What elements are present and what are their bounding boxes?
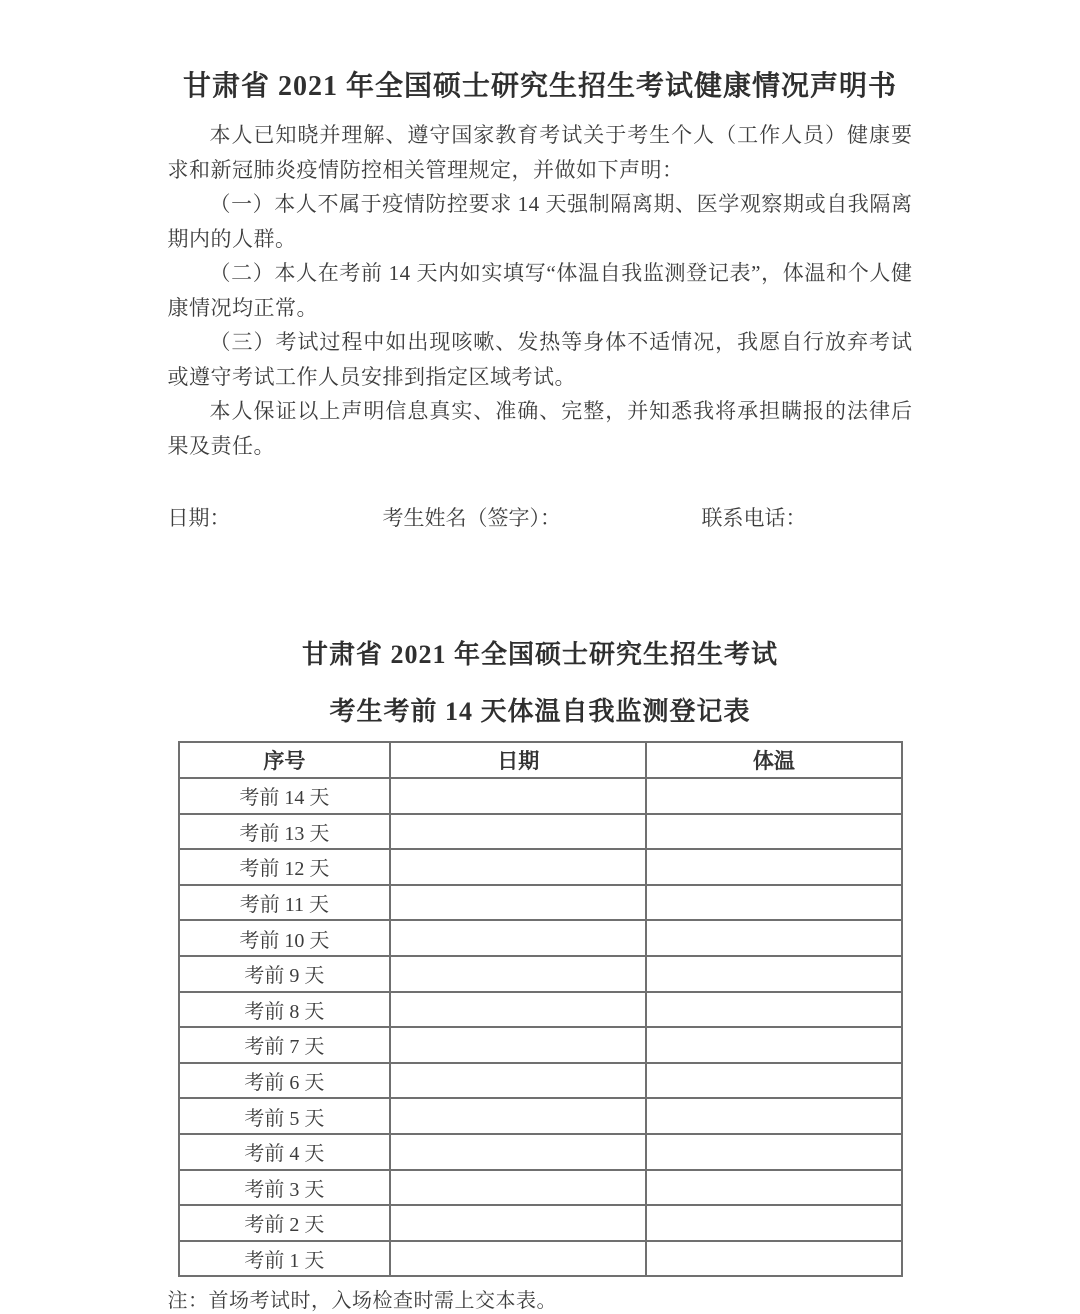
column-header-index: 序号	[179, 742, 391, 778]
date-cell	[390, 1098, 646, 1134]
date-cell	[390, 849, 646, 885]
register-title-line-1: 甘肃省 2021 年全国硕士研究生招生考试	[168, 635, 913, 675]
temperature-cell	[646, 885, 901, 921]
day-label-cell: 考前 7 天	[179, 1027, 391, 1063]
temperature-cell	[646, 992, 901, 1028]
date-cell	[390, 1027, 646, 1063]
temperature-cell	[646, 956, 901, 992]
declaration-title: 甘肃省 2021 年全国硕士研究生招生考试健康情况声明书	[168, 66, 913, 108]
date-cell	[390, 778, 646, 814]
declaration-item-2: （二）本人在考前 14 天内如实填写“体温自我监测登记表”，体温和个人健康情况均…	[168, 256, 913, 325]
document-content: 甘肃省 2021 年全国硕士研究生招生考试健康情况声明书 本人已知晓并理解、遵守…	[168, 0, 913, 1314]
table-header-row: 序号 日期 体温	[179, 742, 902, 778]
date-cell	[390, 1170, 646, 1206]
date-cell	[390, 992, 646, 1028]
table-row: 考前 2 天	[179, 1205, 902, 1241]
table-row: 考前 5 天	[179, 1098, 902, 1134]
declaration-intro-paragraph: 本人已知晓并理解、遵守国家教育考试关于考生个人（工作人员）健康要求和新冠肺炎疫情…	[168, 118, 913, 187]
temperature-cell	[646, 1098, 901, 1134]
signature-row: 日期： 考生姓名（签字）： 联系电话：	[168, 501, 913, 535]
register-title-line-2: 考生考前 14 天体温自我监测登记表	[168, 692, 913, 732]
day-label-cell: 考前 13 天	[179, 814, 391, 850]
table-row: 考前 9 天	[179, 956, 902, 992]
temperature-cell	[646, 1063, 901, 1099]
day-label-cell: 考前 4 天	[179, 1134, 391, 1170]
table-row: 考前 14 天	[179, 778, 902, 814]
temperature-cell	[646, 1027, 901, 1063]
column-header-temperature: 体温	[646, 742, 901, 778]
document-page: 甘肃省 2021 年全国硕士研究生招生考试健康情况声明书 本人已知晓并理解、遵守…	[0, 0, 1080, 1314]
date-cell	[390, 956, 646, 992]
table-row: 考前 11 天	[179, 885, 902, 921]
table-row: 考前 1 天	[179, 1241, 902, 1277]
declaration-item-3: （三）考试过程中如出现咳嗽、发热等身体不适情况，我愿自行放弃考试或遵守考试工作人…	[168, 325, 913, 394]
day-label-cell: 考前 2 天	[179, 1205, 391, 1241]
table-row: 考前 4 天	[179, 1134, 902, 1170]
day-label-cell: 考前 6 天	[179, 1063, 391, 1099]
declaration-pledge-paragraph: 本人保证以上声明信息真实、准确、完整，并知悉我将承担瞒报的法律后果及责任。	[168, 394, 913, 463]
temperature-register-table: 序号 日期 体温 考前 14 天 考前 13 天 考前 12 天	[178, 741, 903, 1277]
temperature-cell	[646, 1241, 901, 1277]
date-cell	[390, 1241, 646, 1277]
date-cell	[390, 920, 646, 956]
table-row: 考前 7 天	[179, 1027, 902, 1063]
footnote: 注：首场考试时，入场检查时需上交本表。	[168, 1286, 913, 1314]
temperature-cell	[646, 849, 901, 885]
table-row: 考前 12 天	[179, 849, 902, 885]
day-label-cell: 考前 9 天	[179, 956, 391, 992]
day-label-cell: 考前 3 天	[179, 1170, 391, 1206]
temperature-cell	[646, 920, 901, 956]
contact-phone-label: 联系电话：	[702, 501, 807, 535]
day-label-cell: 考前 11 天	[179, 885, 391, 921]
temperature-cell	[646, 1134, 901, 1170]
date-cell	[390, 1205, 646, 1241]
day-label-cell: 考前 10 天	[179, 920, 391, 956]
date-cell	[390, 1063, 646, 1099]
table-row: 考前 6 天	[179, 1063, 902, 1099]
column-header-date: 日期	[390, 742, 646, 778]
candidate-name-label: 考生姓名（签字）：	[383, 501, 562, 535]
temperature-cell	[646, 1170, 901, 1206]
date-cell	[390, 885, 646, 921]
day-label-cell: 考前 12 天	[179, 849, 391, 885]
temperature-cell	[646, 1205, 901, 1241]
day-label-cell: 考前 5 天	[179, 1098, 391, 1134]
date-cell	[390, 1134, 646, 1170]
date-label: 日期：	[168, 501, 231, 535]
table-row: 考前 13 天	[179, 814, 902, 850]
day-label-cell: 考前 14 天	[179, 778, 391, 814]
table-row: 考前 3 天	[179, 1170, 902, 1206]
temperature-cell	[646, 778, 901, 814]
table-row: 考前 10 天	[179, 920, 902, 956]
table-row: 考前 8 天	[179, 992, 902, 1028]
temperature-cell	[646, 814, 901, 850]
date-cell	[390, 814, 646, 850]
day-label-cell: 考前 1 天	[179, 1241, 391, 1277]
declaration-item-1: （一）本人不属于疫情防控要求 14 天强制隔离期、医学观察期或自我隔离期内的人群…	[168, 187, 913, 256]
day-label-cell: 考前 8 天	[179, 992, 391, 1028]
